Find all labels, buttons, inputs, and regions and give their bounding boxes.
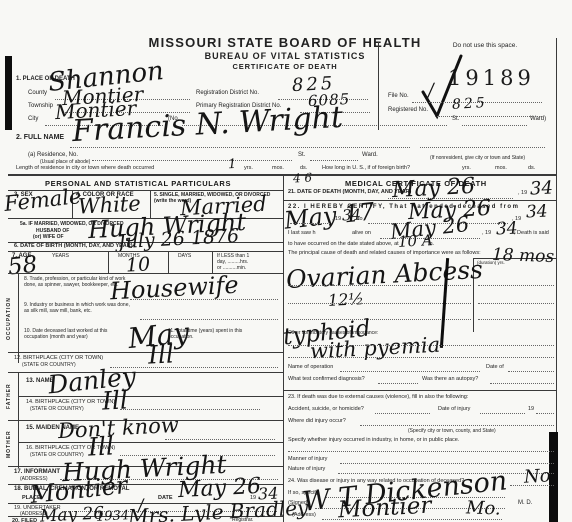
nonresident-note: (If nonresident, give city or town and S… (430, 155, 525, 161)
external-extra-line (288, 450, 554, 452)
mother-side-label: MOTHER (6, 422, 12, 466)
father-birthplace-sub: (STATE OR COUNTRY) (30, 406, 84, 412)
last-saw-label-1: I last saw h (288, 230, 316, 237)
date-of-death-19: , 19 (518, 190, 527, 197)
autopsy-line (490, 382, 554, 384)
last-worked-label: 10. Date deceased last worked at this oc… (24, 328, 129, 341)
board-title: MISSOURI STATE BOARD OF HEALTH (118, 35, 452, 51)
registrar-label: Registrar. (232, 517, 253, 522)
attended-to-year: 34 (526, 203, 549, 221)
city-st-line (462, 124, 527, 126)
bureau-title: BUREAU OF VITAL STATISTICS (118, 51, 452, 62)
length-yrs-label: yrs. (244, 165, 253, 172)
filed-label: 20. FILED (12, 518, 37, 522)
file-column-divider (378, 42, 379, 130)
father-birthplace-value: Ill (101, 387, 128, 413)
file-no-label: File No. (388, 93, 409, 100)
principal-cause-value: Ovarian Abcess (285, 257, 483, 292)
to-word: to (358, 216, 363, 223)
residence-ward-label: Ward. (362, 152, 378, 159)
autopsy-label: Was there an autopsy? (422, 376, 478, 383)
registered-no-line (435, 115, 542, 117)
registered-no-value: 825 (452, 96, 488, 112)
row-line (18, 442, 283, 443)
birthplace-line (110, 366, 278, 368)
address-value: Montier (337, 495, 431, 522)
city-st-label: St. (452, 116, 459, 123)
contributory-value-2: with pyemia (310, 335, 441, 363)
address-label: (Address) (292, 512, 316, 519)
do-not-use-note: Do not use this space. (425, 42, 545, 50)
birthplace-sub: (STATE OR COUNTRY) (22, 362, 76, 368)
death-certificate-scan: MISSOURI STATE BOARD OF HEALTH BUREAU OF… (0, 0, 572, 522)
external-causes-label: 23. If death was due to external causes … (288, 394, 468, 401)
row-line (8, 352, 283, 353)
howlong-label: How long in U. S., if of foreign birth? (322, 165, 410, 172)
file-no-value: / (428, 82, 435, 100)
md-label: M. D. (518, 500, 532, 507)
trade-line (130, 298, 278, 300)
dob-value: July 26 1876 (118, 227, 240, 252)
length-of-residence-value: 1 (228, 158, 237, 171)
date-of-line (508, 370, 554, 372)
residence-st-line (310, 159, 358, 161)
full-name-line-2 (420, 146, 545, 148)
age-days-header: DAYS (178, 253, 191, 259)
dob-label: 6. DATE OF BIRTH (MONTH, DAY, AND YEAR) (14, 243, 133, 250)
row-line (8, 251, 283, 252)
age-years-header: YEARS (52, 253, 69, 259)
injury-19-label: 19 (528, 406, 534, 413)
city-ward-label: Ward) (530, 116, 546, 123)
last-saw-label-2: alive on (352, 230, 371, 237)
cell-divider (108, 251, 109, 273)
test-label: What test confirmed diagnosis? (288, 376, 365, 383)
side-label-divider (18, 273, 19, 363)
nature-of-injury-label: Nature of injury (288, 466, 325, 473)
operation-line (340, 370, 480, 372)
father-birthplace-line (120, 408, 260, 410)
filed-year-value: 1934 (96, 509, 130, 522)
injury-19-line (536, 412, 554, 414)
operation-label: Name of operation (288, 364, 333, 371)
registrar-signature: Mrs. Lyle Bradley (128, 497, 309, 522)
death-said-label: ; Death is said (514, 230, 549, 237)
cell-divider (168, 251, 169, 273)
where-injury-label: Where did injury occur? (288, 418, 346, 425)
full-name-label: 2. FULL NAME (16, 134, 64, 142)
certificate-title: CERTIFICATE OF DEATH (118, 62, 452, 71)
birthplace-label: 12. BIRTHPLACE (CITY OR TOWN) (14, 355, 103, 362)
duration-value: 18 mos (492, 247, 555, 266)
cause-line-2b (478, 302, 554, 304)
date-of-label: Date of (486, 364, 504, 371)
related-occupation-line (510, 484, 554, 486)
from-19: , 19 (332, 216, 341, 223)
residence-line (92, 159, 292, 161)
manner-of-injury-line (340, 462, 554, 464)
county-label: County (28, 90, 47, 97)
row-line (18, 396, 283, 397)
specify-city-note: (Specify city or town, county, and State… (408, 428, 496, 434)
cause-secondary-value: 12½ (328, 291, 365, 309)
accident-label: Accident, suicide, or homicide? (288, 406, 364, 413)
registered-no-label: Registered No. (388, 107, 428, 114)
row-line (8, 273, 283, 274)
contributory-line-1 (288, 344, 554, 346)
howlong-yrs-label: yrs. (462, 165, 471, 172)
burial-date-label: DATE (158, 495, 173, 502)
mother-maiden-value: Don't know (58, 415, 180, 442)
where-injury-line (360, 424, 554, 426)
date-of-death-year: 34 (530, 179, 554, 198)
industry-label: 9. Industry or business in which work wa… (24, 302, 134, 315)
length-of-residence-label: Length of residence in city or town wher… (16, 165, 154, 172)
filed-date-value: May 26 (40, 505, 105, 522)
injury-date-label: Date of injury (438, 406, 470, 413)
injury-date-line (480, 412, 525, 414)
city-label: City (28, 116, 38, 123)
address-state-value: Mo. (466, 499, 501, 518)
occurred-label: to have occurred on the date stated abov… (288, 241, 399, 248)
cell-divider (212, 251, 213, 273)
occupation-side-label: OCCUPATION (6, 278, 12, 360)
howlong-ds-label: ds. (528, 165, 535, 172)
father-side-label: FATHER (6, 374, 12, 418)
registration-district-label: Registration District No. (196, 90, 259, 97)
howlong-mos-label: mos. (495, 165, 507, 172)
mother-maiden-line (165, 438, 275, 440)
certificate-right-border (556, 38, 557, 432)
birthplace-value: Ill (147, 341, 174, 367)
cause-line-3b (478, 318, 554, 320)
occurred-m-label: m. (428, 241, 434, 248)
side-label-divider (18, 420, 19, 468)
cause-line-1b (478, 284, 554, 286)
spouse-label-3: (or) WIFE OF (33, 234, 64, 240)
test-line (378, 382, 418, 384)
length-mos-label: mos. (272, 165, 284, 172)
attended-from-line (290, 222, 330, 224)
accident-line (375, 412, 430, 414)
last-saw-19: , 19 (482, 230, 491, 237)
sex-value: Female (3, 186, 82, 215)
residence-st-label: St. (298, 152, 305, 159)
contributory-line-2 (288, 356, 554, 358)
scan-edge-artifact (5, 56, 12, 130)
manner-of-injury-label: Manner of injury (288, 456, 327, 463)
divider-pen-mark: 4 6 (293, 172, 313, 185)
township-label: Township (28, 103, 53, 110)
row-line (283, 390, 556, 391)
specify-where-note: Specify whether injury occurred in indus… (288, 437, 459, 444)
